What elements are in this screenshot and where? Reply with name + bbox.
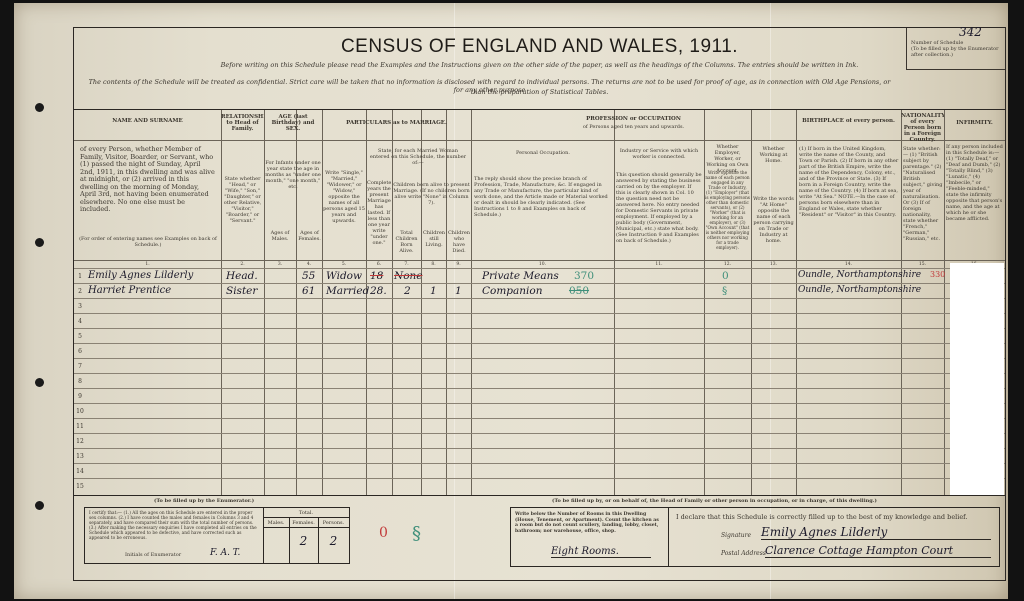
- birthplace-code: 330: [930, 270, 945, 279]
- initials-label: Initials of Enumerator: [125, 552, 181, 558]
- table-row: 12: [74, 433, 1005, 449]
- column-number: 14.: [796, 262, 901, 267]
- age-female: 55: [302, 270, 315, 282]
- row-number: 13: [76, 453, 84, 460]
- header-marriage-write: Write "Single," "Married," "Widower," or…: [323, 170, 365, 224]
- person-name: Harriet Prentice: [88, 285, 171, 296]
- schedule-number: 342: [959, 29, 982, 35]
- punch-hole: [35, 103, 44, 112]
- header-personal-body: The reply should show the precise branch…: [474, 176, 612, 218]
- head-section-heading: (To be filled up by, or on behalf of, th…: [552, 498, 877, 504]
- column-number: 5.: [322, 262, 366, 267]
- row-number: 11: [76, 423, 84, 430]
- column-number: 2.: [221, 262, 264, 267]
- header-marriage-years: Completed years the present Marriage has…: [367, 180, 391, 246]
- rooms-value: Eight Rooms.: [551, 546, 651, 558]
- rooms-instruction: Write below the Number of Rooms in this …: [515, 512, 660, 534]
- column-number: 13.: [751, 262, 796, 267]
- relationship: Head.: [226, 270, 258, 282]
- total-label: Total.: [263, 510, 349, 516]
- header-birthplace: BIRTHPLACE of every person.: [796, 118, 901, 124]
- column-number: 6.: [366, 262, 392, 267]
- column-number: 12.: [704, 262, 751, 267]
- females-label: Females.: [289, 520, 318, 526]
- header-marriage: PARTICULARS as to MARRIAGE.: [322, 120, 471, 126]
- declaration-box: Write below the Number of Rooms in this …: [510, 507, 1000, 567]
- column-number: 15.: [901, 262, 944, 267]
- row-number: 9: [76, 393, 84, 400]
- header-children: Children born alive to present Marriage.…: [393, 182, 470, 206]
- header-name-note: (For order of entering names see Example…: [78, 236, 218, 248]
- total-females: 2: [289, 534, 318, 548]
- header-name: NAME AND SURNAME: [74, 118, 221, 124]
- header-age-females: Ages of Females.: [297, 230, 322, 242]
- birthplace: Oundle, Northamptonshire: [798, 270, 921, 280]
- table-row: 15: [74, 478, 1005, 494]
- footer-section: (To be filled up by the Enumerator.) I c…: [74, 495, 1005, 580]
- table-row: 5: [74, 328, 1005, 344]
- row-number: 8: [76, 378, 84, 385]
- table-row: 2 Harriet Prentice Sister 61 Married 28.…: [74, 283, 1005, 299]
- column-number: 1.: [74, 262, 221, 267]
- birthplace: Oundle, Northamptonshire: [798, 285, 921, 295]
- column-number: 10.: [471, 262, 614, 267]
- employer-code: 0: [722, 270, 729, 282]
- table-row: 8: [74, 373, 1005, 389]
- person-name: Emily Agnes Lilderly: [88, 270, 193, 281]
- column-number: 7.: [392, 262, 421, 267]
- enumerator-initials: F. A. T.: [210, 548, 240, 558]
- header-children-living: Children still Living.: [422, 230, 446, 248]
- header-relationship: RELATIONSHIP to Head of Family.: [221, 114, 264, 132]
- table-row: 3: [74, 298, 1005, 314]
- form-frame: CENSUS OF ENGLAND AND WALES, 1911. Befor…: [73, 27, 1006, 581]
- table-row: 9: [74, 388, 1005, 404]
- children-living: 1: [430, 285, 437, 297]
- row-number: 4: [76, 318, 84, 325]
- enumerator-heading: (To be filled up by the Enumerator.): [154, 498, 254, 504]
- census-schedule-sheet: CENSUS OF ENGLAND AND WALES, 1911. Befor…: [14, 3, 1008, 599]
- schedule-number-box: Number of Schedule 342 (To be filled up …: [906, 28, 1005, 70]
- header-occupation-sub: of Persons aged ten years and upwards.: [471, 124, 796, 130]
- row-number: 14: [76, 468, 84, 475]
- header-occupation: PROFESSION or OCCUPATION: [471, 116, 796, 122]
- red-check-mark: 0: [379, 525, 388, 541]
- header-age-males: Ages of Males.: [265, 230, 295, 242]
- children-total: 2: [404, 285, 411, 297]
- persons-label: Persons.: [318, 520, 349, 526]
- column-number: 9.: [446, 262, 471, 267]
- declaration-text: I declare that this Schedule is correctl…: [676, 513, 967, 521]
- header-industry-body: This question should generally be answer…: [616, 172, 702, 244]
- header-industry: Industry or Service with which worker is…: [616, 148, 702, 160]
- column-number: 4.: [296, 262, 322, 267]
- enumerator-box: I certify that:— (1.) All the ages on th…: [84, 507, 350, 564]
- postal-address-label: Postal Address: [721, 551, 766, 557]
- header-nationality: NATIONALITY of every Person born in a Fo…: [901, 113, 944, 143]
- signature: Emily Agnes Lilderly: [761, 525, 991, 540]
- postal-address: Clarence Cottage Hampton Court: [765, 544, 991, 558]
- header-children-died: Children who have Died.: [447, 230, 471, 254]
- signature-label: Signature: [721, 533, 751, 539]
- row-number: 2: [76, 288, 84, 295]
- occupation: Private Means: [482, 270, 559, 282]
- total-persons: 2: [318, 534, 349, 548]
- punch-hole: [35, 378, 44, 387]
- header-home: Whether Working at Home.: [752, 146, 795, 164]
- age-female: 61: [302, 285, 315, 297]
- green-check-mark: §: [412, 523, 421, 544]
- header-name-body: of every Person, whether Member of Famil…: [80, 146, 215, 214]
- children-total: None: [394, 270, 423, 282]
- table-row: 7: [74, 358, 1005, 374]
- table-row: 13: [74, 448, 1005, 464]
- row-number: 7: [76, 363, 84, 370]
- marriage-years: 28.: [370, 285, 387, 297]
- table-row: 14: [74, 463, 1005, 479]
- header-married-woman: State, for each Married Woman entered on…: [368, 148, 468, 166]
- row-number: 10: [76, 408, 84, 415]
- marital-status: Married: [326, 285, 369, 297]
- marital-status: Widow: [326, 270, 362, 282]
- relationship: Sister: [226, 285, 257, 297]
- header-children-total: Total Children Born Alive.: [393, 230, 420, 254]
- header-age-body: For Infants under one year state the age…: [265, 160, 321, 190]
- enumerator-certify: I certify that:— (1.) All the ages on th…: [89, 511, 259, 541]
- header-age: AGE (last Birthday) and SEX.: [264, 114, 322, 132]
- table-row: 10: [74, 403, 1005, 419]
- header-birthplace-body: (1) If born in the United Kingdom, write…: [799, 146, 899, 218]
- row-number: 15: [76, 483, 84, 490]
- children-died: 1: [455, 285, 462, 297]
- row-number: 6: [76, 348, 84, 355]
- punch-hole: [35, 238, 44, 247]
- row-number: 12: [76, 438, 84, 445]
- header-home-body: Write the words "At Home" opposite the n…: [752, 196, 795, 244]
- males-label: Males.: [263, 520, 289, 526]
- column-number: 11.: [614, 262, 704, 267]
- header-nationality-body: State whether:— (1) "British subject by …: [903, 146, 943, 242]
- row-number: 3: [76, 303, 84, 310]
- row-number: 5: [76, 333, 84, 340]
- occupation: Companion: [482, 285, 543, 297]
- census-table: NAME AND SURNAME of every Person, whethe…: [74, 109, 1005, 496]
- redacted-area: [950, 263, 1004, 495]
- header-relationship-body: State whether "Head," or "Wife," "Son," …: [222, 176, 263, 224]
- table-row: 1 Emily Agnes Lilderly Head. 55 Widow 18…: [74, 268, 1005, 284]
- marriage-years: 18: [370, 270, 383, 282]
- header-infirmity: INFIRMITY.: [944, 120, 1005, 126]
- header-personal-occupation: Personal Occupation.: [474, 150, 612, 156]
- row-number: 1: [76, 273, 84, 280]
- table-row: 6: [74, 343, 1005, 359]
- table-row: 11: [74, 418, 1005, 434]
- table-row: 4: [74, 313, 1005, 329]
- header-infirmity-body: If any person included in this Schedule …: [946, 144, 1003, 222]
- document-title: CENSUS OF ENGLAND AND WALES, 1911.: [74, 36, 1005, 58]
- column-number: 3.: [264, 262, 296, 267]
- header-employer-body: Write opposite the name of each person e…: [705, 170, 750, 250]
- instruction-line: Before writing on this Schedule please r…: [74, 61, 1005, 69]
- occupation-code: 370: [574, 270, 594, 282]
- schedule-number-note: (To be filled up by the Enumerator after…: [911, 46, 1001, 58]
- employer-code: §: [722, 285, 727, 297]
- column-number: 8.: [421, 262, 446, 267]
- punch-hole: [35, 501, 44, 510]
- confidential-line-2: than the preparation of Statistical Tabl…: [74, 88, 1005, 96]
- occupation-code: 050: [569, 285, 589, 297]
